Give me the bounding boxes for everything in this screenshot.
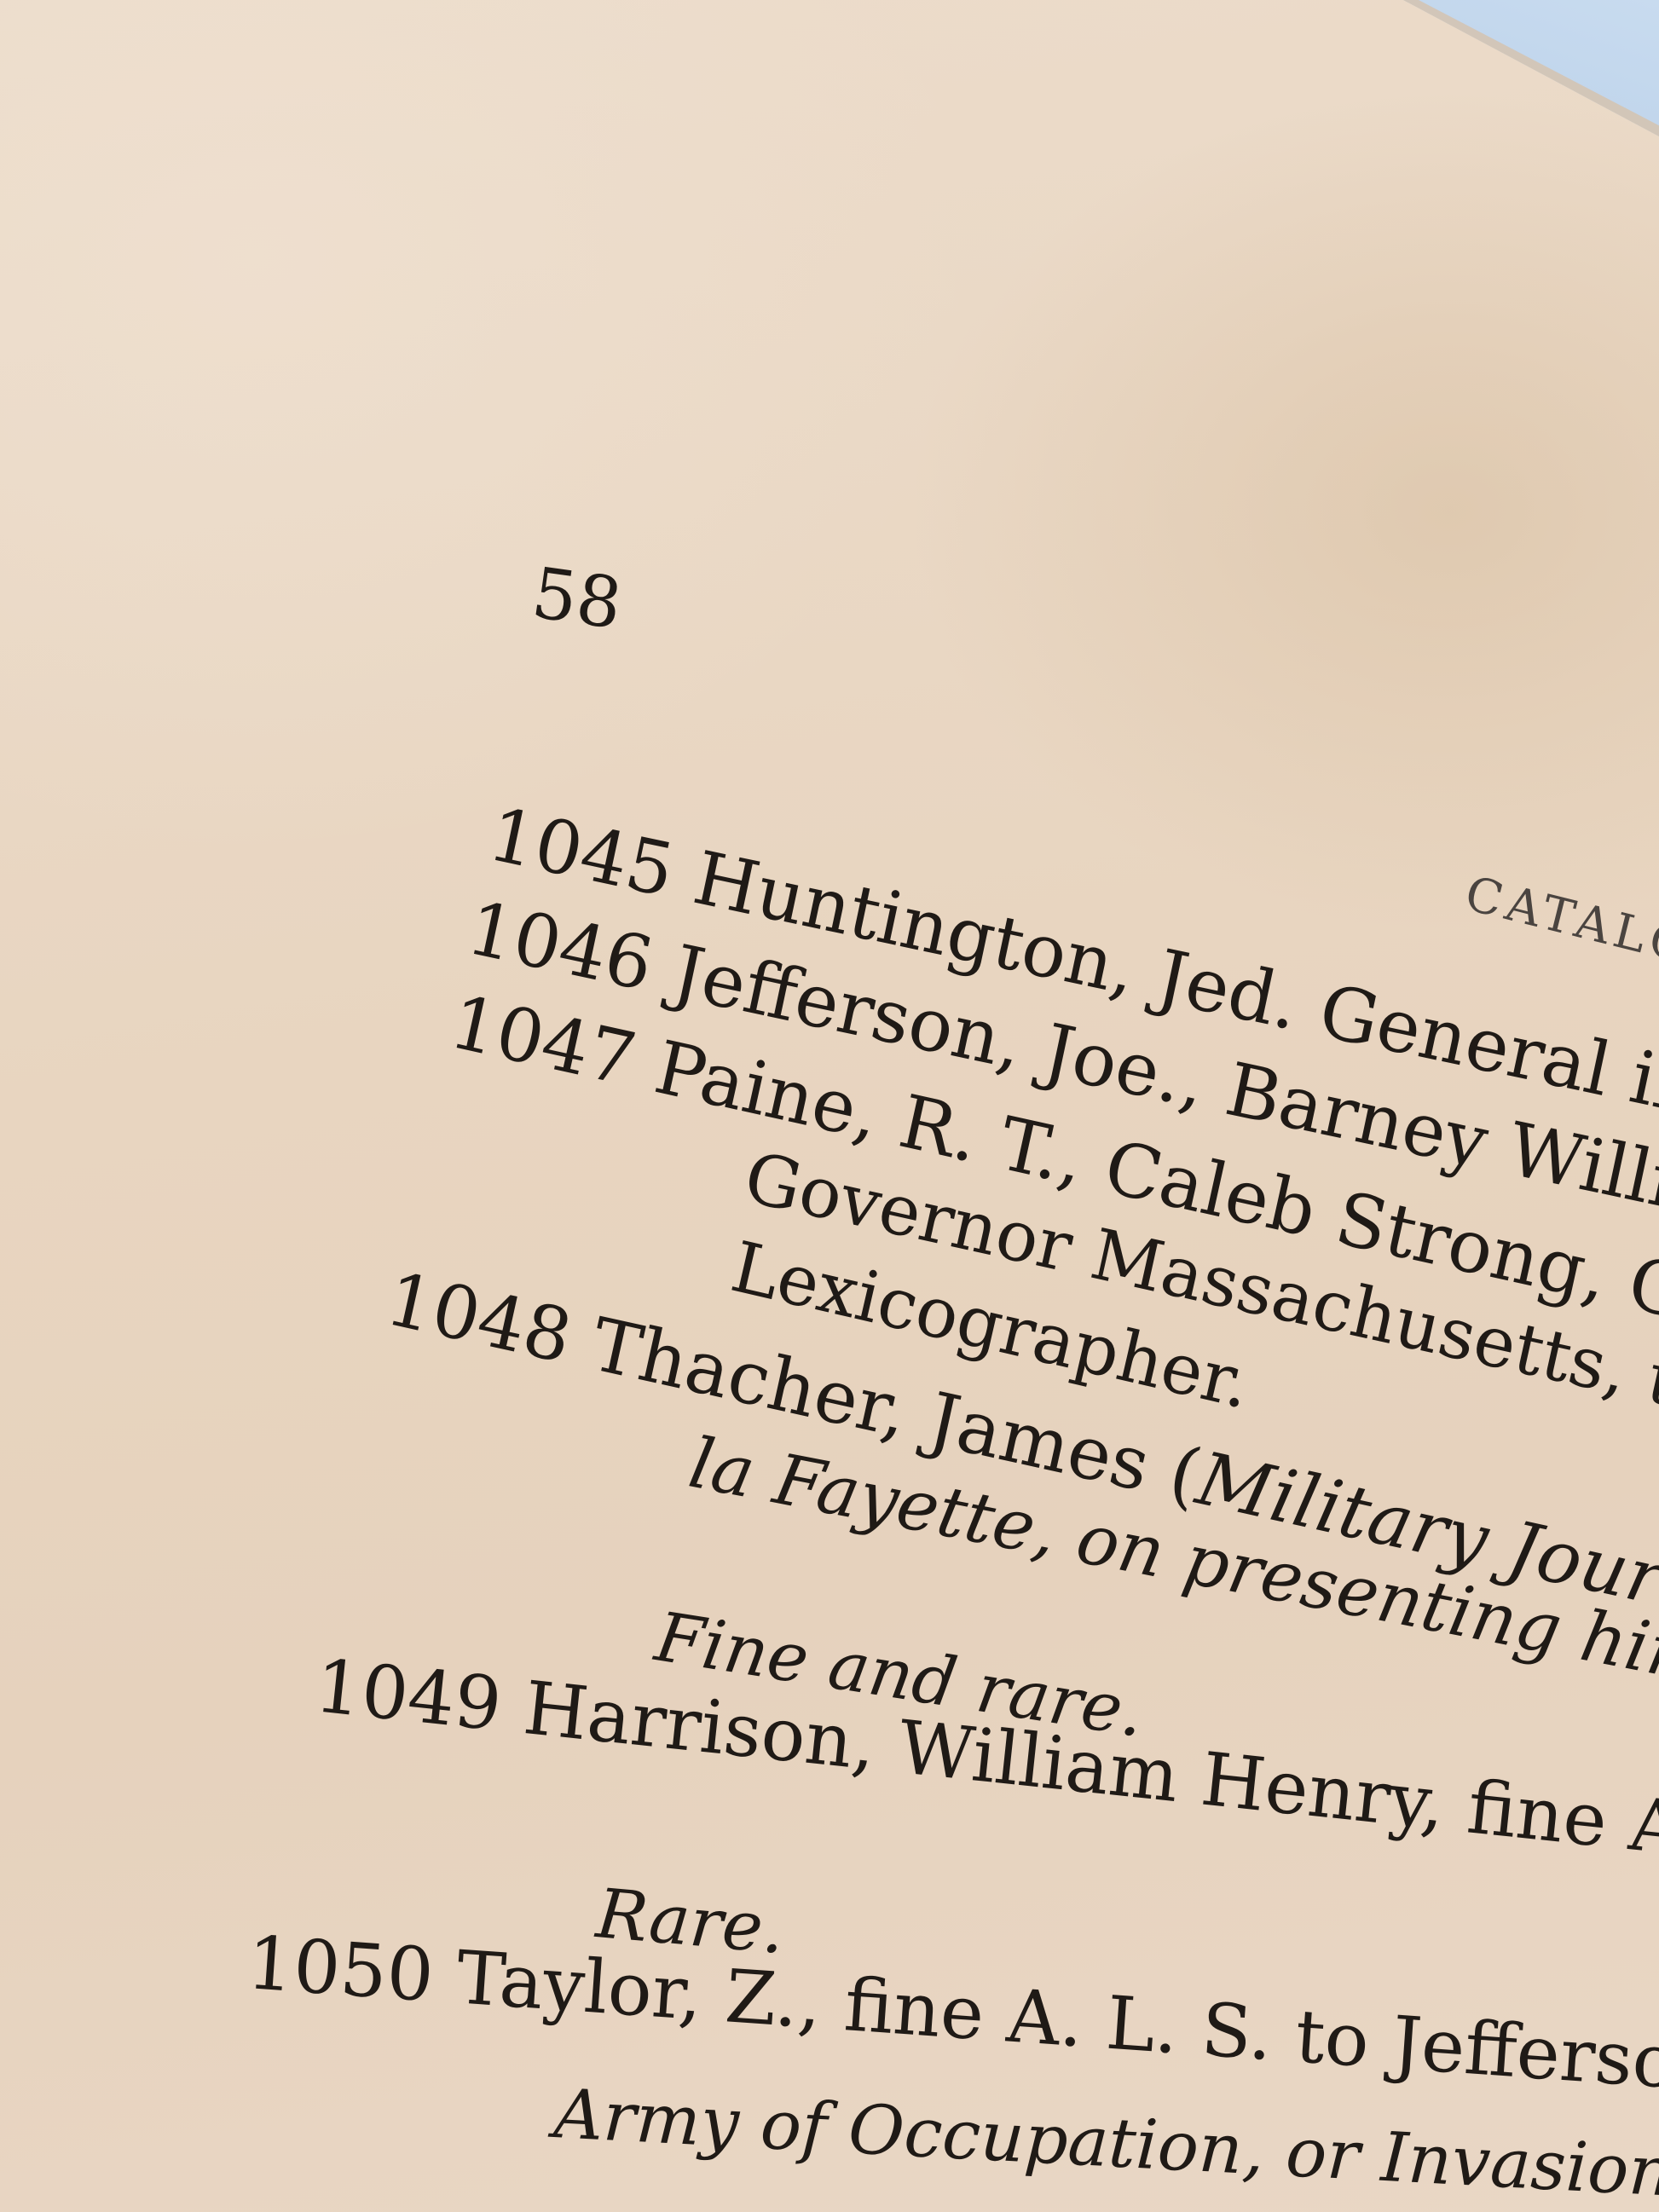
page-number: 58 (528, 558, 626, 640)
lot-number: 1050 (245, 1920, 436, 2019)
